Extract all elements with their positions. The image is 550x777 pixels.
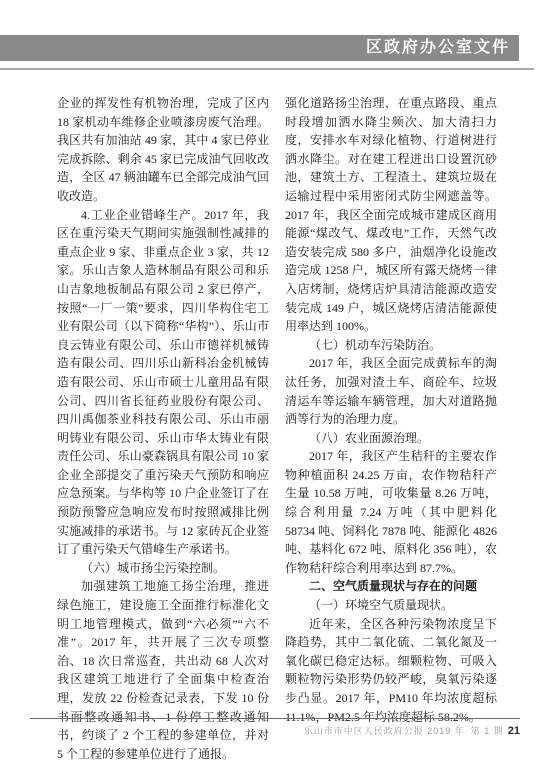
body-paragraph: 2017 年，我区全面完成黄标车的淘汰任务，加强对渣土车、商砼车、垃圾清运车等运… (285, 354, 497, 428)
body-paragraph: 企业的挥发性有机物治理，完成了区内 18 家机动车维修企业喷漆房废气治理。我区共… (57, 94, 269, 206)
body-paragraph: 4.工业企业错峰生产。2017 年，我区在重污染天气期间实施强制性减排的重点企业… (57, 206, 269, 559)
header-banner: 区政府办公室文件 (0, 35, 519, 61)
body-paragraph: 近年来，全区各种污染物浓度呈下降趋势，其中二氧化硫、二氧化氮及一氧化碳已稳定达标… (285, 615, 497, 727)
body-paragraph: 2017 年，我区产生秸秆的主要农作物种植面积 24.25 万亩，农作物秸秆产生… (285, 447, 497, 577)
left-column: 企业的挥发性有机物治理，完成了区内 18 家机动车维修企业喷漆房废气治理。我区共… (57, 94, 269, 763)
footer-journal-title: 乐山市市中区人民政府公报 2019 年 (304, 726, 465, 736)
sub-heading: （七）机动车污染防治。 (285, 336, 497, 355)
sub-heading: （一）环境空气质量现状。 (285, 596, 497, 615)
footer-rule (30, 718, 520, 719)
right-column: 强化道路扬尘治理，在重点路段、重点时段增加洒水降尘频次、加大清扫力度，安排水车对… (285, 94, 497, 763)
footer: 乐山市市中区人民政府公报 2019 年第 1 期21 (30, 724, 520, 737)
body-content: 企业的挥发性有机物治理，完成了区内 18 家机动车维修企业喷漆房废气治理。我区共… (57, 94, 497, 763)
document-page: 区政府办公室文件 企业的挥发性有机物治理，完成了区内 18 家机动车维修企业喷漆… (0, 0, 550, 777)
header-rule (0, 68, 534, 70)
footer-page-number: 21 (508, 725, 520, 737)
sub-heading: （六）城市扬尘污染控制。 (57, 559, 269, 578)
footer-issue: 第 1 期 (471, 726, 504, 736)
sub-heading: （八）农业面源治理。 (285, 429, 497, 448)
section-heading: 二、空气质量现状与存在的问题 (285, 577, 497, 596)
body-paragraph: 强化道路扬尘治理，在重点路段、重点时段增加洒水降尘频次、加大清扫力度，安排水车对… (285, 94, 497, 336)
